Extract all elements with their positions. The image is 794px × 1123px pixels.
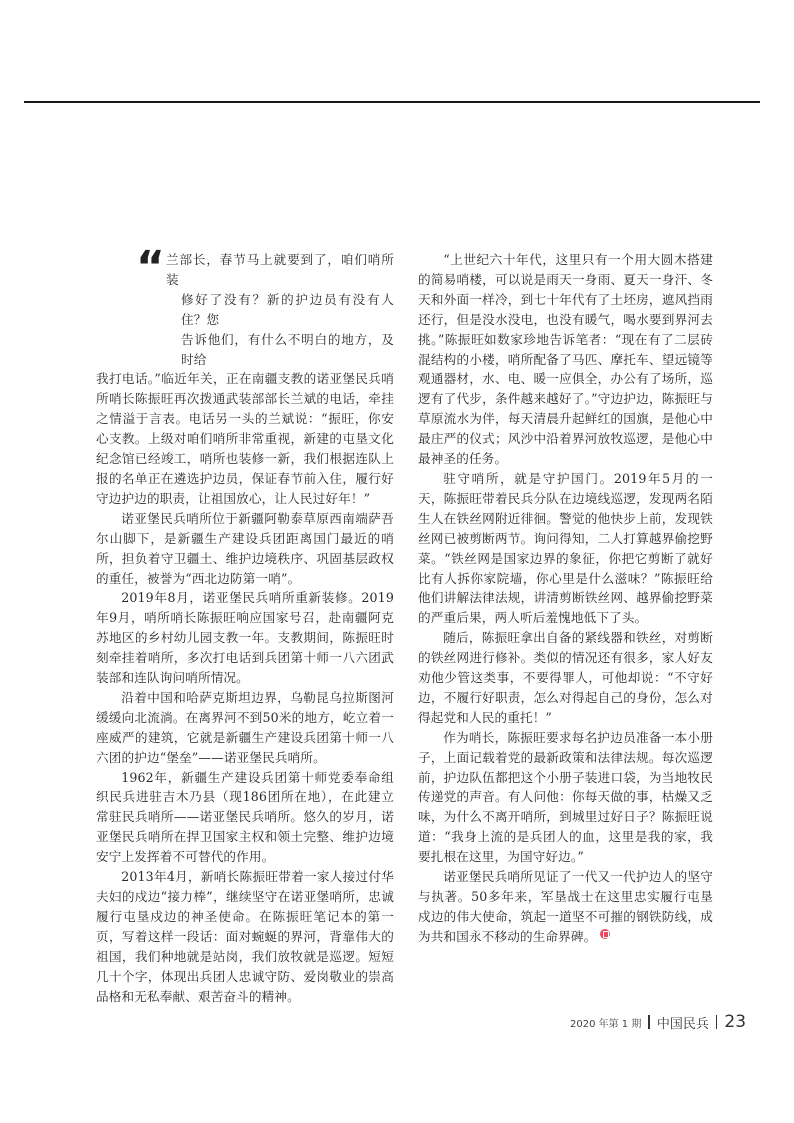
end-of-article-icon — [600, 929, 610, 939]
footer-divider — [716, 1015, 718, 1029]
closing-paragraph: 诺亚堡民兵哨所见证了一代又一代护边人的坚守与执著。50多年来，军垦战士在这里忠实… — [418, 867, 713, 947]
page-footer: 2020 年第 1 期 中国民兵 23 — [570, 1012, 746, 1032]
lead-line: 修好了没有？新的护边员有没有人住？您 — [96, 290, 394, 330]
lead-paragraph-rest: 我打电话。”临近年关，正在南疆支教的诺亚堡民兵哨所哨长陈振旺再次拨通武装部部长兰… — [96, 369, 394, 508]
header-rule — [24, 101, 760, 103]
body-paragraph: 2013年4月，新哨长陈振旺带着一家人接过付华夫妇的戍边“接力棒”，继续坚守在诺… — [96, 867, 394, 1006]
article-left-column: “ 兰部长，春节马上就要到了，咱们哨所装 修好了没有？新的护边员有没有人住？您 … — [96, 250, 394, 1006]
issue-label: 2020 年第 1 期 — [570, 1015, 641, 1030]
body-paragraph: 诺亚堡民兵哨所位于新疆阿勒泰草原西南端萨吾尔山脚下，是新疆生产建设兵团距离国门最… — [96, 509, 394, 589]
article-right-column: “上世纪六十年代，这里只有一个用大圆木搭建的简易哨楼，可以说是雨天一身雨、夏天一… — [418, 250, 713, 947]
body-paragraph: 沿着中国和哈萨克斯坦边界，乌勒昆乌拉斯图河缓缓向北流淌。在离界河不到50米的地方… — [96, 688, 394, 768]
footer-divider — [648, 1015, 650, 1029]
magazine-name: 中国民兵 — [657, 1013, 709, 1032]
page-number: 23 — [724, 1012, 746, 1032]
lead-line: 告诉他们，有什么不明白的地方，及时给 — [96, 330, 394, 370]
body-paragraph: “上世纪六十年代，这里只有一个用大圆木搭建的简易哨楼，可以说是雨天一身雨、夏天一… — [418, 250, 713, 469]
closing-text: 诺亚堡民兵哨所见证了一代又一代护边人的坚守与执著。50多年来，军垦战士在这里忠实… — [418, 869, 713, 944]
lead-paragraph: “ 兰部长，春节马上就要到了，咱们哨所装 修好了没有？新的护边员有没有人住？您 … — [96, 250, 394, 509]
body-paragraph: 1962年，新疆生产建设兵团第十师党委奉命组织民兵进驻吉木乃县（现186团所在地… — [96, 768, 394, 868]
body-paragraph: 作为哨长，陈振旺要求每名护边员准备一本小册子，上面记载着党的最新政策和法律法规。… — [418, 728, 713, 867]
quote-open-icon: “ — [136, 246, 165, 290]
body-paragraph: 2019年8月，诺亚堡民兵哨所重新装修。2019年9月，哨所哨长陈振旺响应国家号… — [96, 588, 394, 688]
body-paragraph: 随后，陈振旺拿出自备的紧线器和铁丝，对剪断的铁丝网进行修补。类似的情况还有很多，… — [418, 628, 713, 728]
body-paragraph: 驻守哨所，就是守护国门。2019年5月的一天，陈振旺带着民兵分队在边境线巡逻，发… — [418, 469, 713, 628]
